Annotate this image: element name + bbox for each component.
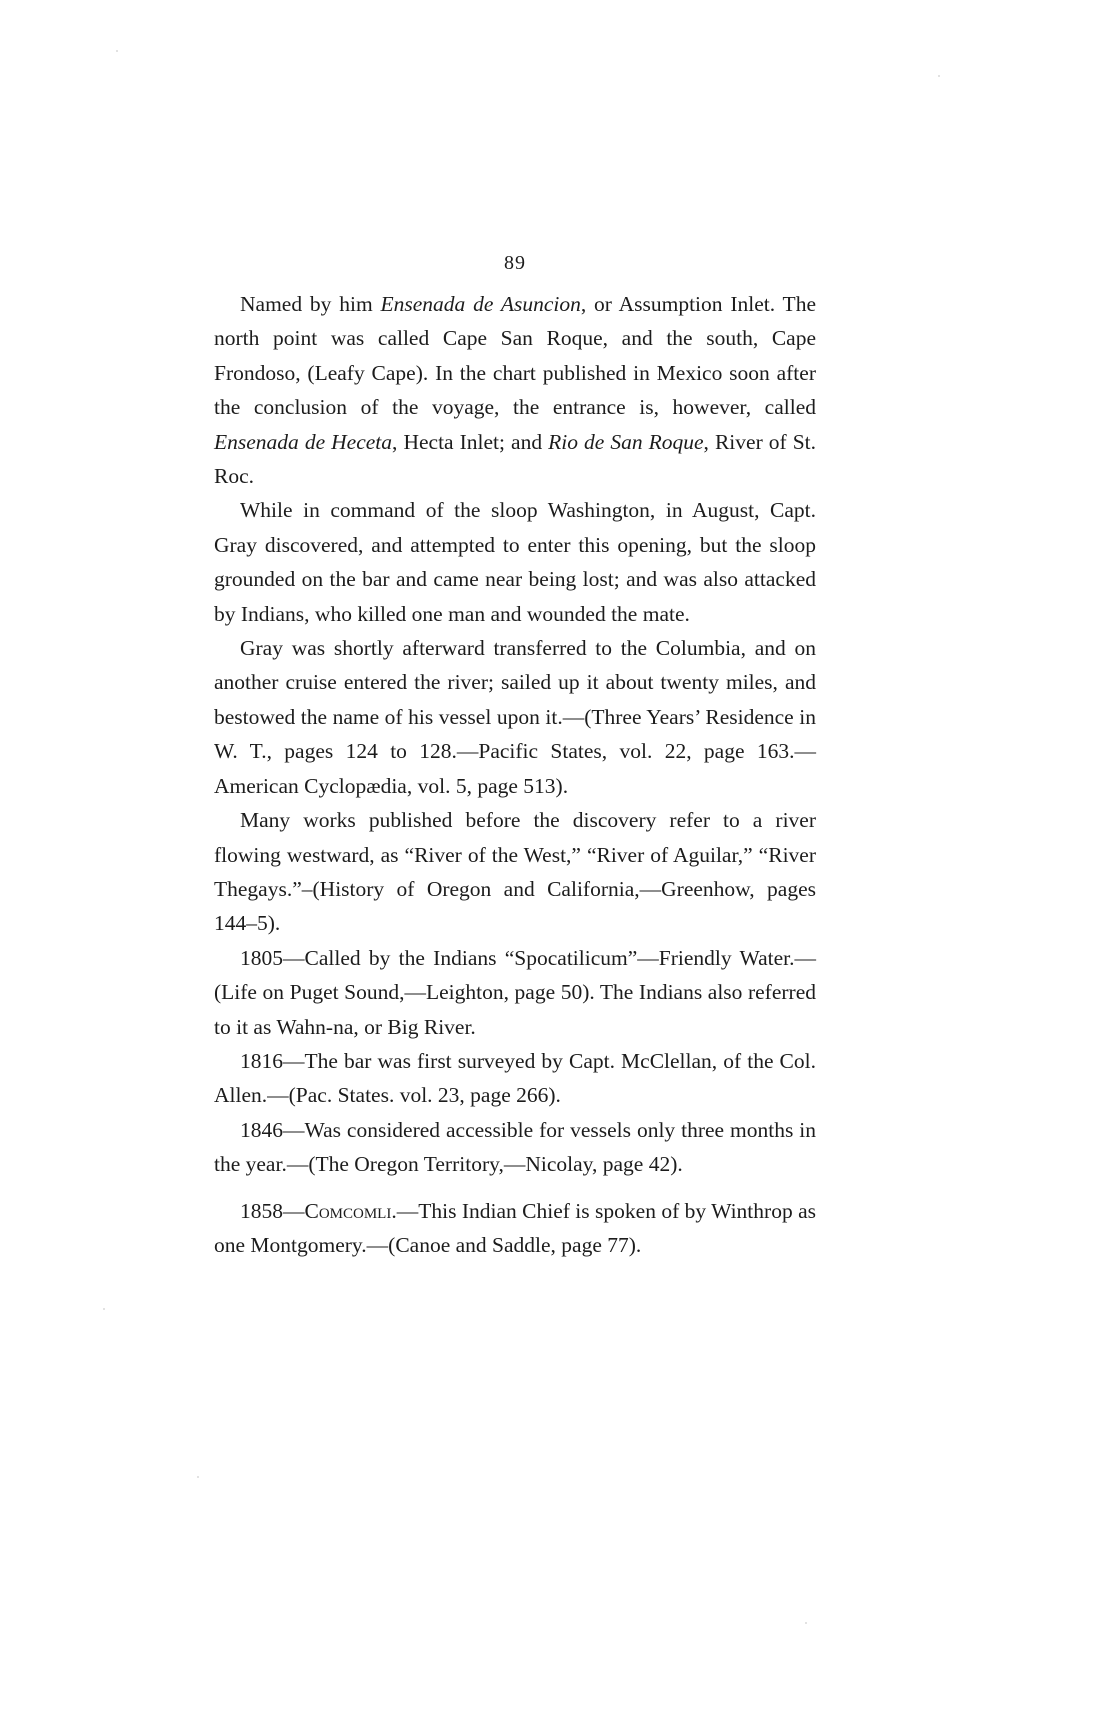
paper-speck [197,1476,199,1478]
paper-speck [805,1622,807,1624]
paragraph-sloop-washington: While in command of the sloop Washington… [214,493,816,631]
page-number: 89 [214,252,816,275]
paragraph-1816: 1816—The bar was first surveyed by Capt.… [214,1044,816,1113]
text-segment: 1858— [240,1199,305,1223]
text-segment: , Hecta Inlet; and [392,430,548,454]
paragraph-1846: 1846—Was considered accessible for vesse… [214,1113,816,1182]
paragraph-asuncion-inlet: Named by him Ensenada de Asuncion, or As… [214,287,816,493]
text-segment: Named by him [240,292,381,316]
text-segment: While in command of the sloop Washington… [214,498,816,625]
text-segment: 1846—Was considered accessible for vesse… [214,1118,816,1176]
paper-speck [103,1308,105,1310]
paper-speck [116,50,118,52]
text-segment: 1816—The bar was first surveyed by Capt.… [214,1049,816,1107]
paragraph-1858-comcomli: 1858—Comcomli.—This Indian Chief is spok… [214,1194,816,1263]
italic-place-name: Ensenada de Heceta [214,430,392,454]
paper-speck [938,75,940,77]
paragraph-columbia: Gray was shortly afterward transferred t… [214,631,816,803]
text-segment: Gray was shortly afterward transferred t… [214,636,816,798]
paragraph-river-of-the-west: Many works published before the discover… [214,803,816,941]
book-page: 89 Named by him Ensenada de Asuncion, or… [214,252,816,1262]
italic-place-name: Ensenada de Asuncion [381,292,581,316]
text-segment: 1805—Called by the Indians “Spocatilicum… [214,946,816,1039]
paragraph-1805: 1805—Called by the Indians “Spocatilicum… [214,941,816,1044]
text-segment: Many works published before the discover… [214,808,816,935]
italic-place-name: Rio de San Roque [548,430,703,454]
small-caps-name: Comcomli. [305,1199,397,1223]
